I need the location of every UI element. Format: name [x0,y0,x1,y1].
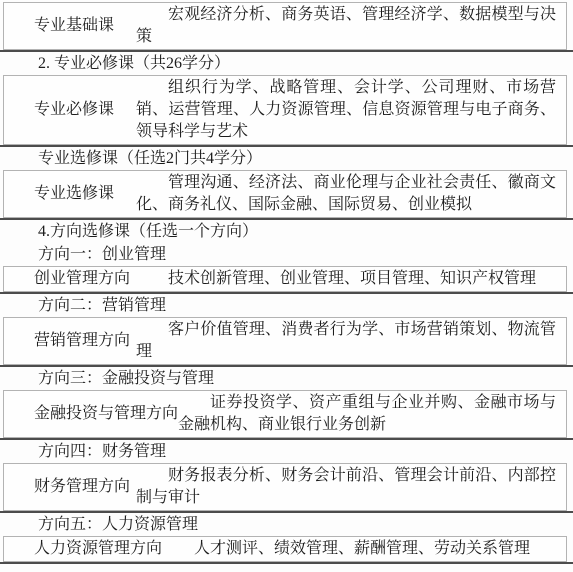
section-heading-required: 2. 专业必修课（共26学分） [0,50,573,75]
section-heading-direction-4: 方向四：财务管理 [0,438,573,463]
row-label: 专业选修课 [4,183,136,205]
course-row-basic: 专业基础课 宏观经济分析、商务英语、管理经济学、数据模型与决策 [3,2,567,50]
row-courses: 客户价值管理、消费者行为学、市场营销策划、物流管理 [136,318,566,364]
row-label: 专业必修课 [4,99,136,121]
row-courses: 技术创新管理、创业管理、项目管理、知识产权管理 [136,267,566,291]
course-row-required: 专业必修课 组织行为学、战略管理、会计学、公司理财、市场营销、运营管理、人力资源… [3,75,567,145]
bottom-divider [0,562,573,564]
row-label: 营销管理方向 [4,330,136,352]
row-label: 人力资源管理方向 [4,538,162,560]
course-row-hr: 人力资源管理方向 人才测评、绩效管理、薪酬管理、劳动关系管理 [3,536,567,562]
section-heading-direction: 4.方向选修课（任选一个方向） [0,218,573,243]
row-courses: 管理沟通、经济法、商业伦理与企业社会责任、徽商文化、商务礼仪、国际金融、国际贸易… [136,171,566,217]
course-row-finance-investment: 金融投资与管理方向 证券投资学、资产重组与企业并购、金融市场与金融机构、商业银行… [3,390,567,438]
section-heading-elective: 专业选修课（任选2门共4学分） [0,145,573,170]
row-label: 金融投资与管理方向 [4,403,178,425]
course-row-entrepreneurship: 创业管理方向 技术创新管理、创业管理、项目管理、知识产权管理 [3,266,567,292]
course-plan-table: 专业基础课 宏观经济分析、商务英语、管理经济学、数据模型与决策 2. 专业必修课… [0,0,573,572]
course-row-marketing: 营销管理方向 客户价值管理、消费者行为学、市场营销策划、物流管理 [3,317,567,365]
section-heading-direction-3: 方向三：金融投资与管理 [0,365,573,390]
row-label: 专业基础课 [4,15,136,37]
section-heading-direction-1: 方向一：创业管理 [0,243,573,266]
row-courses: 证券投资学、资产重组与企业并购、金融市场与金融机构、商业银行业务创新 [178,391,566,437]
course-row-elective: 专业选修课 管理沟通、经济法、商业伦理与企业社会责任、徽商文化、商务礼仪、国际金… [3,170,567,218]
section-heading-direction-2: 方向二：营销管理 [0,292,573,317]
row-courses: 组织行为学、战略管理、会计学、公司理财、市场营销、运营管理、人力资源管理、信息资… [136,76,566,144]
row-label: 创业管理方向 [4,268,136,290]
row-courses: 财务报表分析、财务会计前沿、管理会计前沿、内部控制与审计 [136,464,566,510]
course-row-financial-management: 财务管理方向 财务报表分析、财务会计前沿、管理会计前沿、内部控制与审计 [3,463,567,511]
row-courses: 宏观经济分析、商务英语、管理经济学、数据模型与决策 [136,3,566,49]
row-label: 财务管理方向 [4,476,136,498]
row-courses: 人才测评、绩效管理、薪酬管理、劳动关系管理 [162,537,566,561]
section-heading-direction-5: 方向五：人力资源管理 [0,511,573,536]
